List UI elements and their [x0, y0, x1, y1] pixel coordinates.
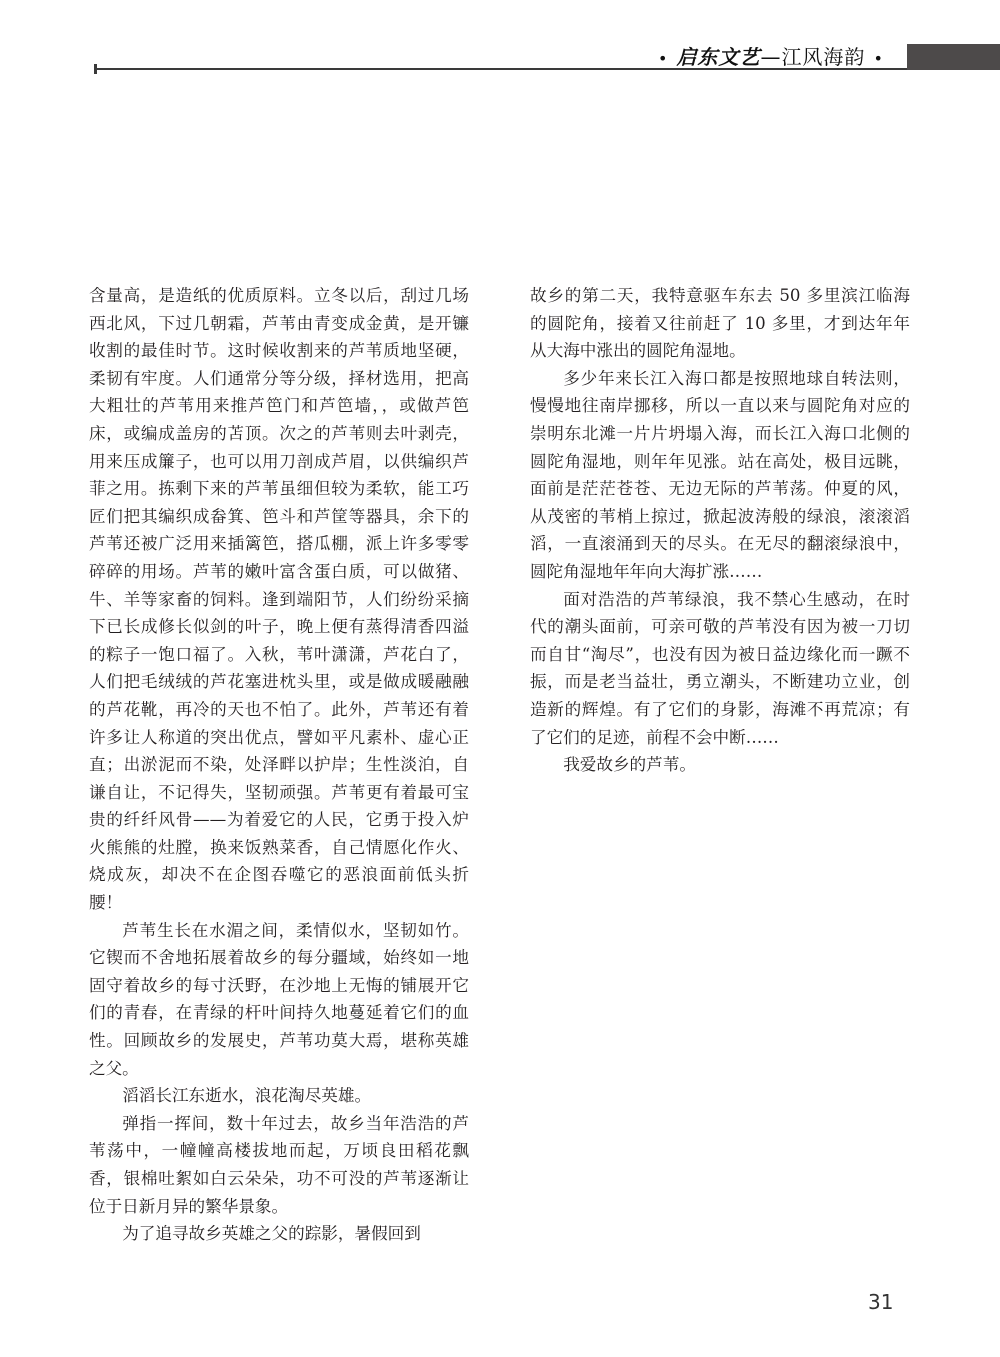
section-name: 江风海韵	[781, 45, 865, 69]
header-tab-block	[907, 44, 1000, 70]
paragraph: 故乡的第二天，我特意驱车东去 50 多里滨江临海的圆陀角，接着又往前赶了 10 …	[530, 282, 910, 365]
paragraph: 滔滔长江东逝水，浪花淘尽英雄。	[89, 1082, 469, 1110]
paragraph: 弹指一挥间，数十年过去，故乡当年浩浩的芦苇荡中，一幢幢高楼拔地而起，万顷良田稻花…	[89, 1110, 469, 1220]
header-bullet-left: •	[658, 49, 668, 68]
paragraph: 芦苇生长在水湄之间，柔情似水，坚韧如竹。它锲而不舍地拓展着故乡的每分疆域，始终如…	[89, 917, 469, 1083]
header-separator: —	[760, 45, 781, 69]
header-bullet-right: •	[873, 49, 883, 68]
magazine-name: 启东文艺	[676, 45, 760, 69]
left-column: 含量高，是造纸的优质原料。立冬以后，刮过几场西北风，下过几朝霜，芦苇由青变成金黄…	[89, 282, 469, 1248]
paragraph: 为了追寻故乡英雄之父的踪影，暑假回到	[89, 1220, 469, 1248]
paragraph: 面对浩浩的芦苇绿浪，我不禁心生感动，在时代的潮头面前，可亲可敬的芦苇没有因为被一…	[530, 586, 910, 752]
right-column: 故乡的第二天，我特意驱车东去 50 多里滨江临海的圆陀角，接着又往前赶了 10 …	[530, 282, 910, 779]
paragraph: 多少年来长江入海口都是按照地球自转法则，慢慢地往南岸挪移，所以一直以来与圆陀角对…	[530, 365, 910, 586]
page-number: 31	[868, 1290, 893, 1314]
running-header: •启东文艺—江风海韵•	[650, 44, 892, 70]
paragraph: 含量高，是造纸的优质原料。立冬以后，刮过几场西北风，下过几朝霜，芦苇由青变成金黄…	[89, 282, 469, 917]
paragraph: 我爱故乡的芦苇。	[530, 751, 910, 779]
